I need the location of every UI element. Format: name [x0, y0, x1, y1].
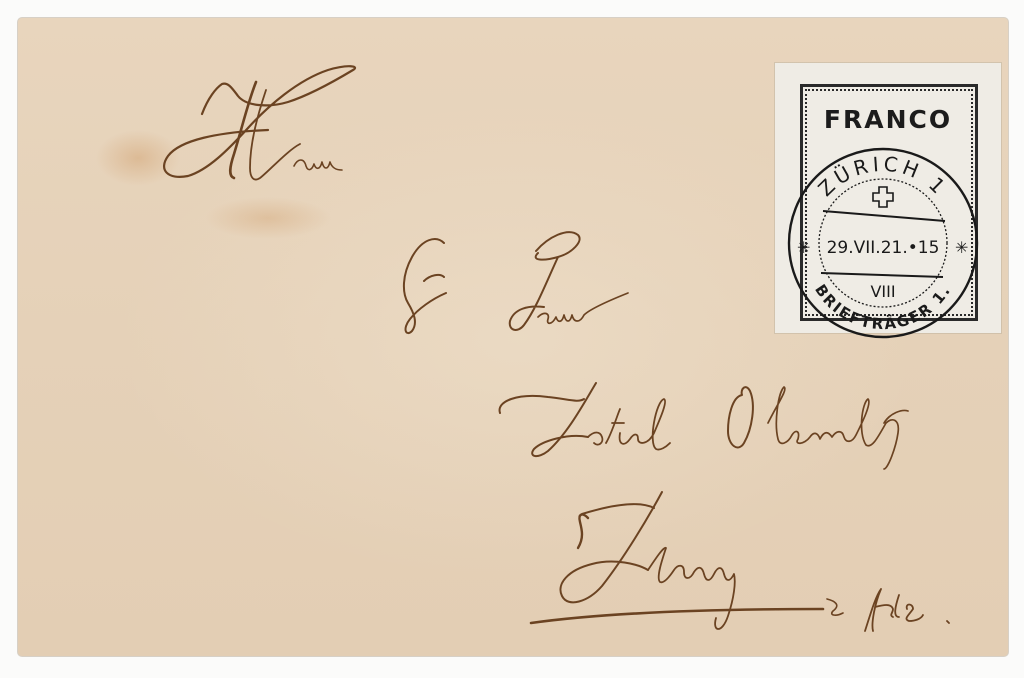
- postmark-star-left: ✳: [797, 238, 810, 257]
- postmark-star-right: ✳: [955, 238, 968, 257]
- postcard: Herrn E. Senn Hotel Oberalp Ilanz: [18, 18, 1008, 656]
- handwritten-salutation: Herrn: [138, 58, 358, 202]
- stamp-label: FRANCO: [775, 105, 1001, 134]
- postmark-month-code: VIII: [870, 282, 895, 301]
- franco-stamp: FRANCO ZÜRICH 1 BRIEFTRÄGER 1. 29.VII.21…: [775, 63, 1001, 333]
- postmark-cancellation: ZÜRICH 1 BRIEFTRÄGER 1. 29.VII.21.•15 VI…: [783, 143, 983, 343]
- handwritten-address-line1: Hotel Oberalp: [488, 373, 958, 477]
- postmark-date: 29.VII.21.•15: [827, 238, 940, 258]
- handwritten-address-line3: s/rle.: [523, 583, 963, 667]
- swiss-cross-icon: [873, 187, 893, 207]
- handwritten-recipient-name: E. Senn: [388, 213, 648, 347]
- postmark-city: ZÜRICH 1: [813, 152, 952, 201]
